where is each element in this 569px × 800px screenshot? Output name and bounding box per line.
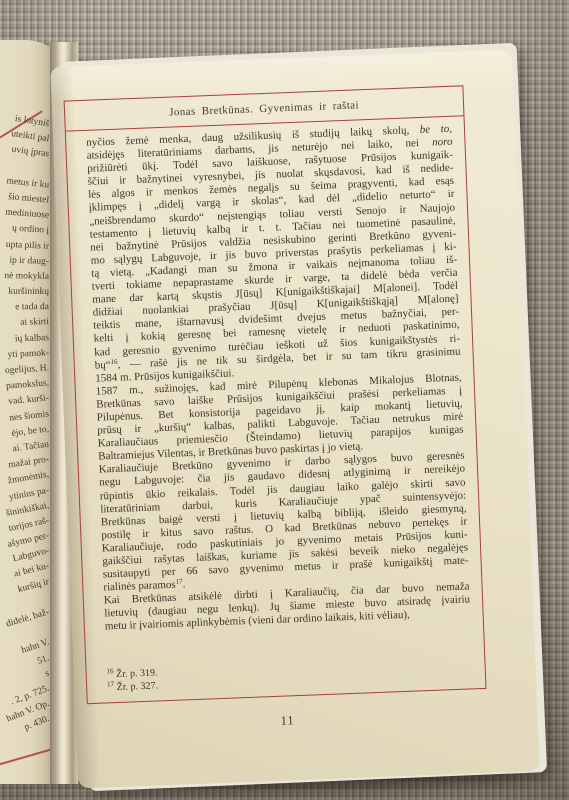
- running-head: Jonas Bretkūnas. Gyvenimas ir raštai: [169, 99, 359, 118]
- left-page-fragment: ių kalbas: [0, 331, 53, 348]
- left-page-fragment: e tada da: [0, 300, 53, 316]
- left-page-fragment: ai skirti: [0, 315, 53, 331]
- left-page-fragment: upta pilis ir: [0, 237, 53, 255]
- left-page-fragment: nė mokykla: [0, 269, 53, 285]
- photo-of-open-book: is lotynišuteikti paluvių įprasmetus ir …: [0, 0, 569, 800]
- left-page-fragment: ip ir daug-: [0, 253, 53, 270]
- left-page-text-fragments: is lotynišuteikti paluvių įprasmetus ir …: [0, 118, 53, 726]
- left-page-fragment: ų ordino į: [0, 221, 53, 239]
- left-page-fragment: kuršininkų: [0, 285, 53, 300]
- page-number: 11: [87, 706, 487, 736]
- footnote-line: 17 Žr. p. 327.: [107, 680, 158, 694]
- book-page: Jonas Bretkūnas. Gyvenimas ir raštai nyč…: [50, 49, 539, 788]
- red-page-frame: Jonas Bretkūnas. Gyvenimas ir raštai nyč…: [64, 85, 487, 704]
- left-page-strip: is lotynišuteikti paluvių įprasmetus ir …: [0, 40, 56, 784]
- body-text: nyčios žemė menka, daug užsilikusių iš s…: [66, 116, 483, 634]
- footnotes: 16 Žr. p. 319.17 Žr. p. 327.: [106, 667, 158, 694]
- left-page-red-border-bottom: [0, 748, 53, 766]
